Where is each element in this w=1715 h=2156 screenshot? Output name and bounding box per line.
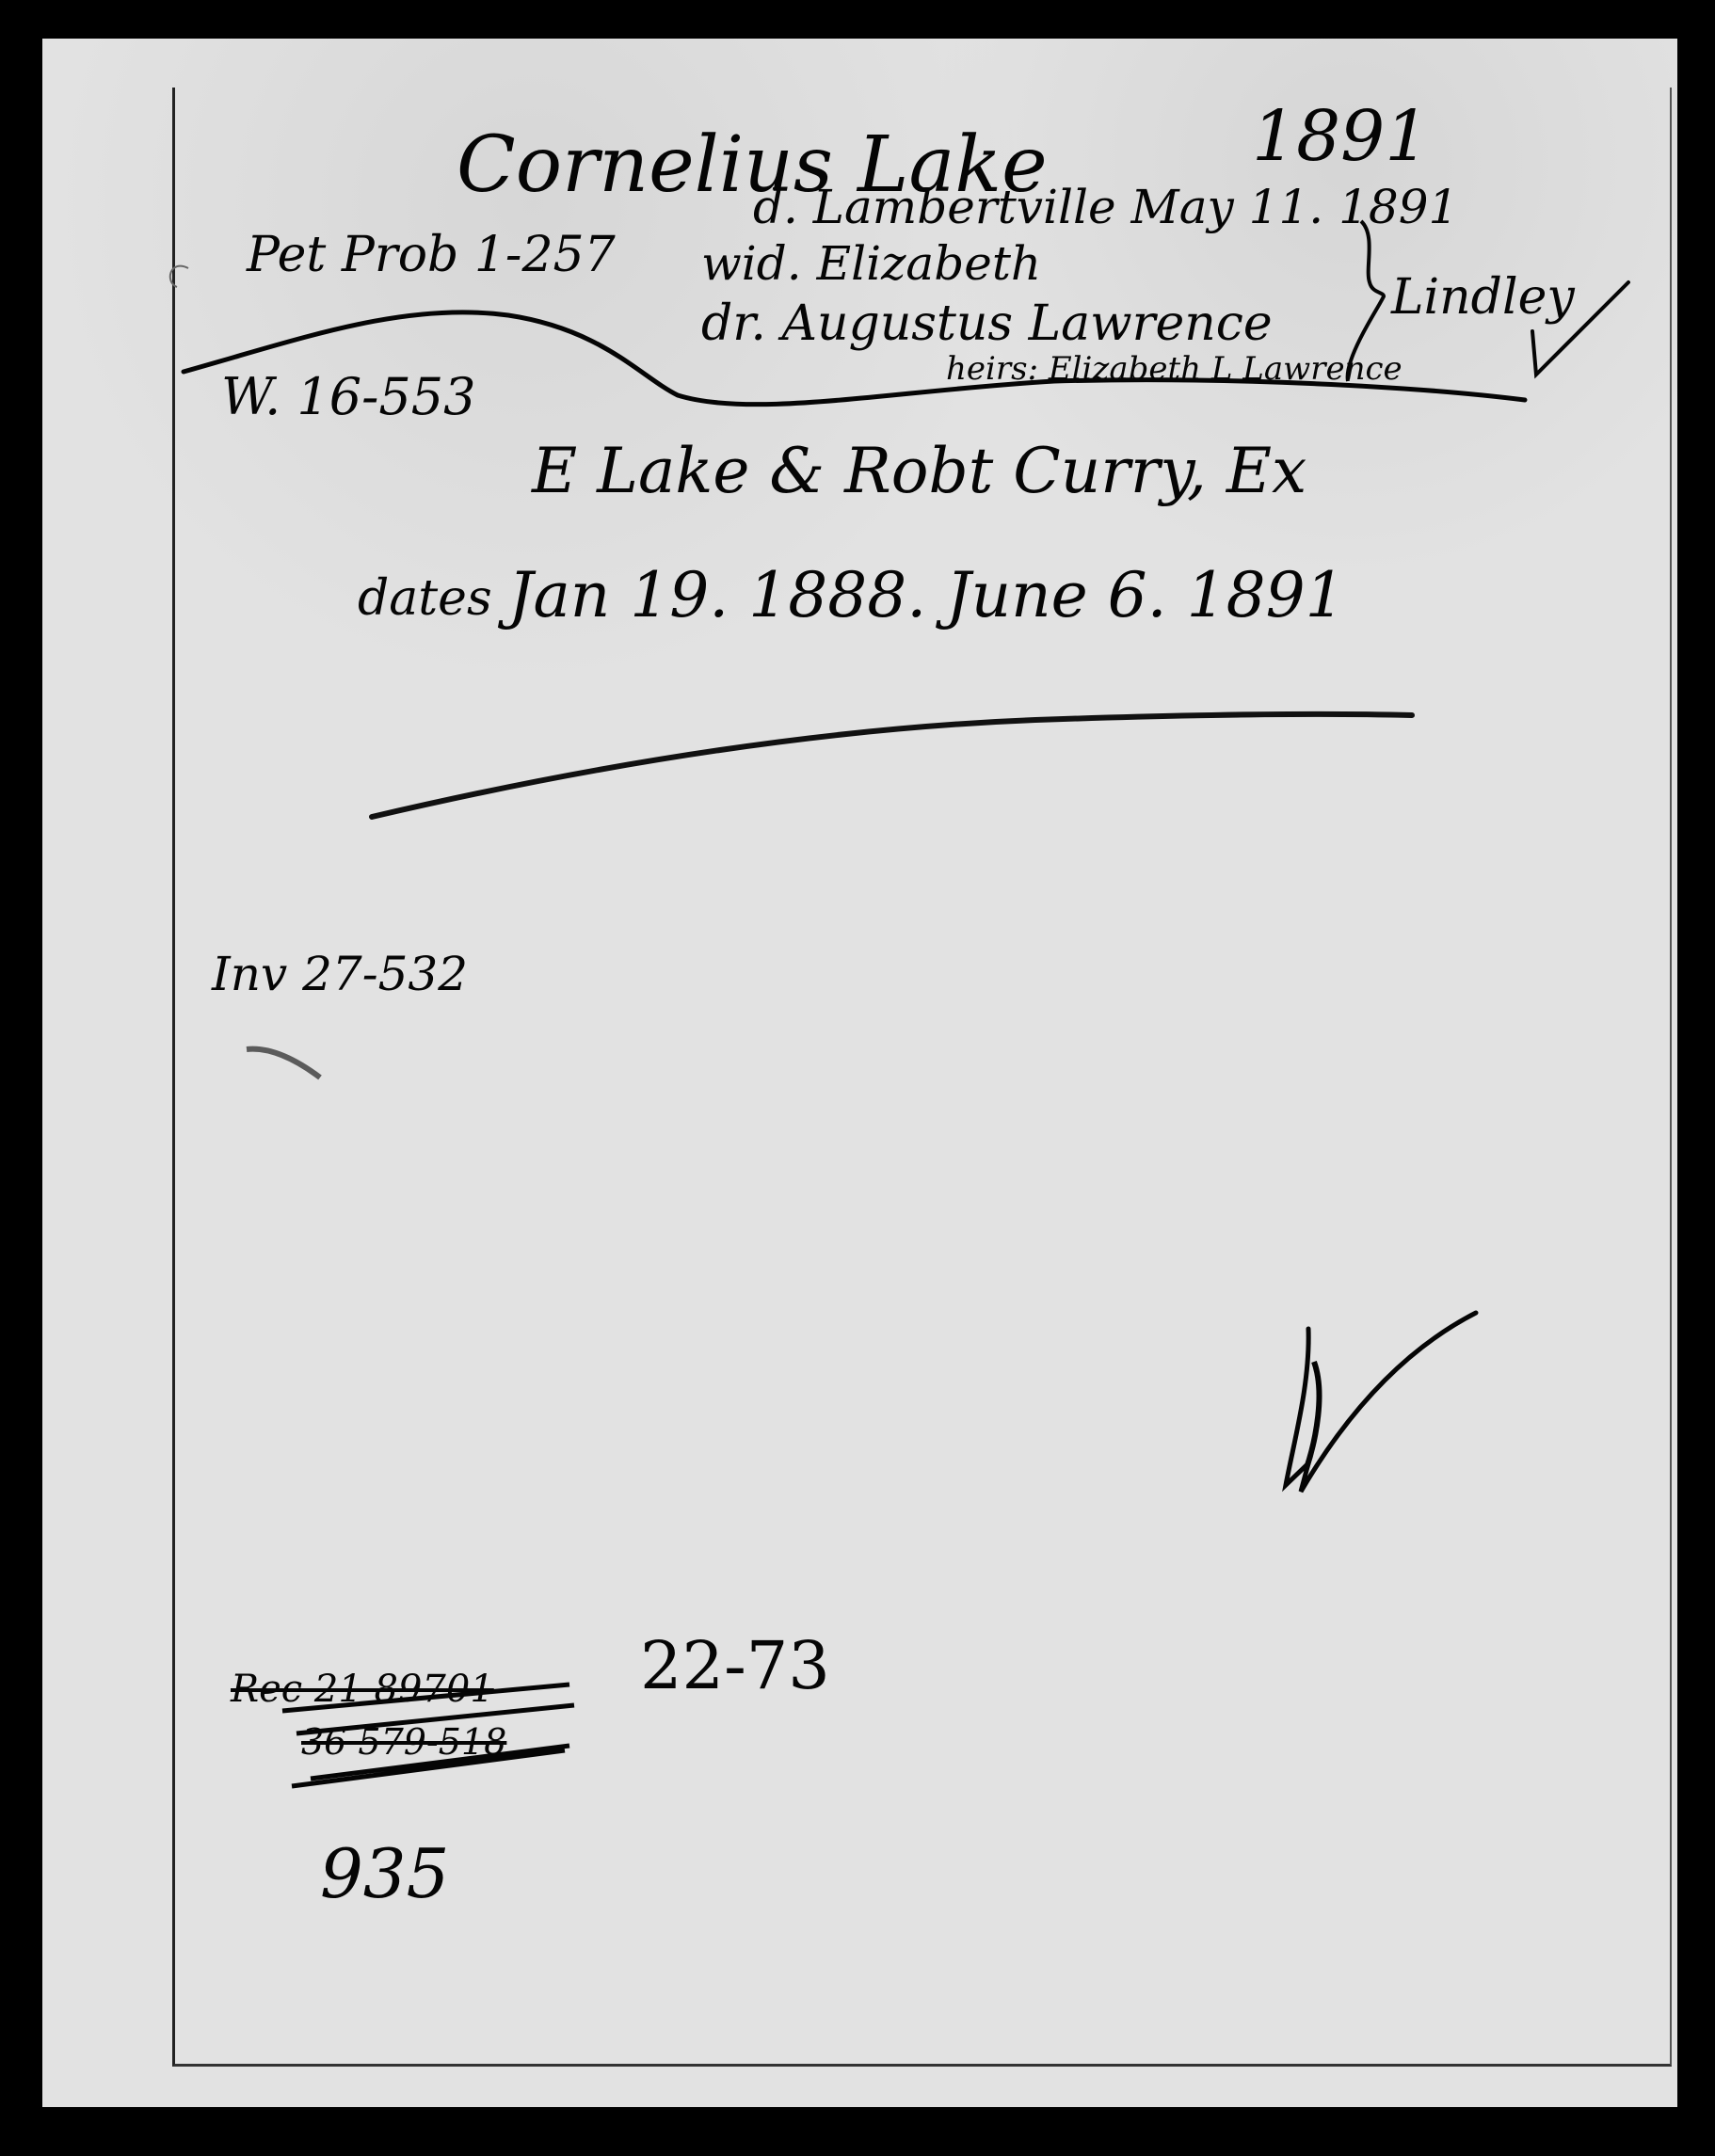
crossed-record-ref-1: Rec 21 89701 xyxy=(231,1670,494,1708)
dates-values: Jan 19. 1888. June 6. 1891 xyxy=(508,565,1345,627)
daughter-info: dr. Augustus Lawrence xyxy=(701,299,1273,348)
petition-probate-ref: Pet Prob 1-257 xyxy=(247,231,616,279)
will-ref: W. 16-553 xyxy=(221,372,475,423)
executors: E Lake & Robt Curry, Ex xyxy=(532,440,1306,503)
year: 1891 xyxy=(1252,102,1429,171)
dates-label: dates xyxy=(358,574,492,623)
widow-info: wid. Elizabeth xyxy=(701,240,1041,287)
heir-name-note: Lindley xyxy=(1391,273,1575,322)
inventory-ref: Inv 27-532 xyxy=(212,950,468,998)
crossed-record-ref-2: 36 579-518 xyxy=(301,1724,506,1760)
file-number: 935 xyxy=(320,1840,449,1908)
heirs-line: heirs: Elizabeth L Lawrence xyxy=(946,353,1402,385)
death-info: d. Lambertville May 11. 1891 xyxy=(753,184,1458,231)
record-ref: 22-73 xyxy=(640,1633,830,1699)
